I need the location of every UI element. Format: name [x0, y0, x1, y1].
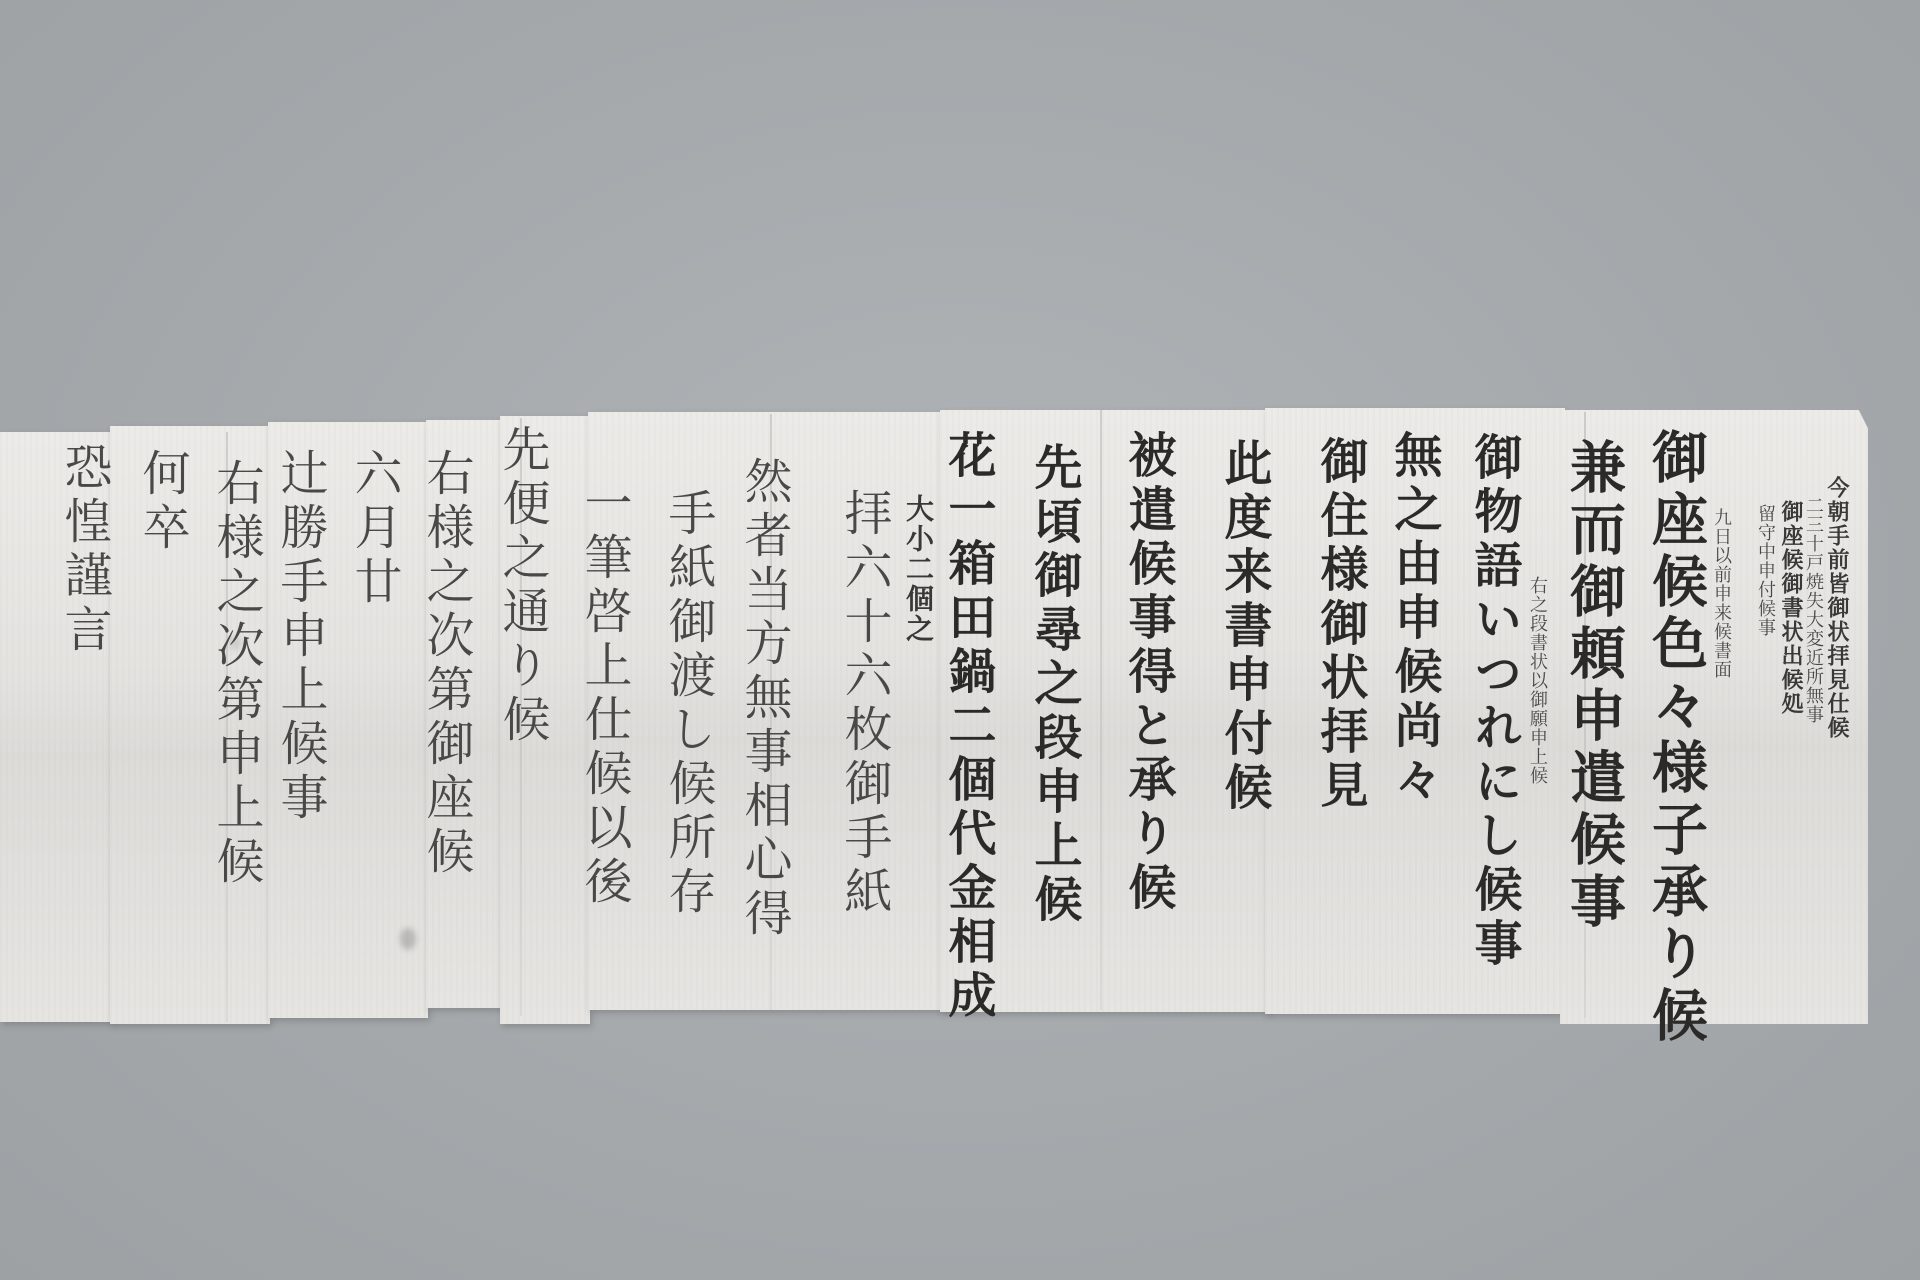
text-column: 九日以前申来候書面: [1712, 508, 1730, 988]
text-column: 右様之次第御座候: [422, 448, 470, 880]
handscroll: 今朝手前皆御状拝見仕候 二三十戸焼失大変近所無事 御座候御書状出候処 留守中申付…: [0, 408, 1868, 1048]
text-column: 無之由申候尚々: [1390, 430, 1438, 808]
text-column: 花一箱田鍋二個代金相成: [944, 430, 992, 1024]
text-column: 二三十戸焼失大変近所無事: [1804, 496, 1822, 996]
text-column: 手紙御渡し候所存: [664, 488, 712, 920]
text-column: 拝六十六枚御手紙: [840, 488, 888, 920]
text-column: 何卒: [138, 448, 186, 556]
text-column: 右様之次第申上候: [212, 458, 260, 890]
text-column: 御座候御書状出候処: [1780, 500, 1802, 1000]
fold-seam: [1100, 410, 1102, 1010]
text-column: 大小二個之: [904, 494, 932, 644]
text-column: 六月廿: [350, 448, 398, 610]
text-column: 然者当方無事相心得: [740, 456, 788, 942]
text-column: 留守中申付候事: [1756, 504, 1774, 944]
photo-stage: 今朝手前皆御状拝見仕候 二三十戸焼失大変近所無事 御座候御書状出候処 留守中申付…: [0, 0, 1920, 1280]
text-column: 辻勝手申上候事: [276, 448, 324, 826]
text-column: 御物語いつれにし候事: [1470, 432, 1518, 972]
text-column: 先頃御尋之段申上候: [1030, 442, 1078, 928]
text-column: 右之段書状以御願申上候: [1528, 576, 1546, 785]
text-column: 御座候色々様子承り候: [1648, 428, 1704, 1048]
text-column: 兼而御頼申遣候事: [1566, 438, 1622, 934]
text-column: 一筆啓上仕候以後: [580, 478, 628, 910]
text-column: 被遣候事得と承り候: [1124, 430, 1172, 916]
text-column: 此度来書申付候: [1220, 438, 1268, 816]
ink-stain: [400, 928, 416, 950]
text-column: 先便之通り候: [498, 424, 546, 748]
text-column: 恐惶謹言: [60, 442, 108, 658]
text-column: 今朝手前皆御状拝見仕候: [1826, 476, 1848, 996]
text-column: 御住様御状拝見: [1316, 436, 1364, 814]
